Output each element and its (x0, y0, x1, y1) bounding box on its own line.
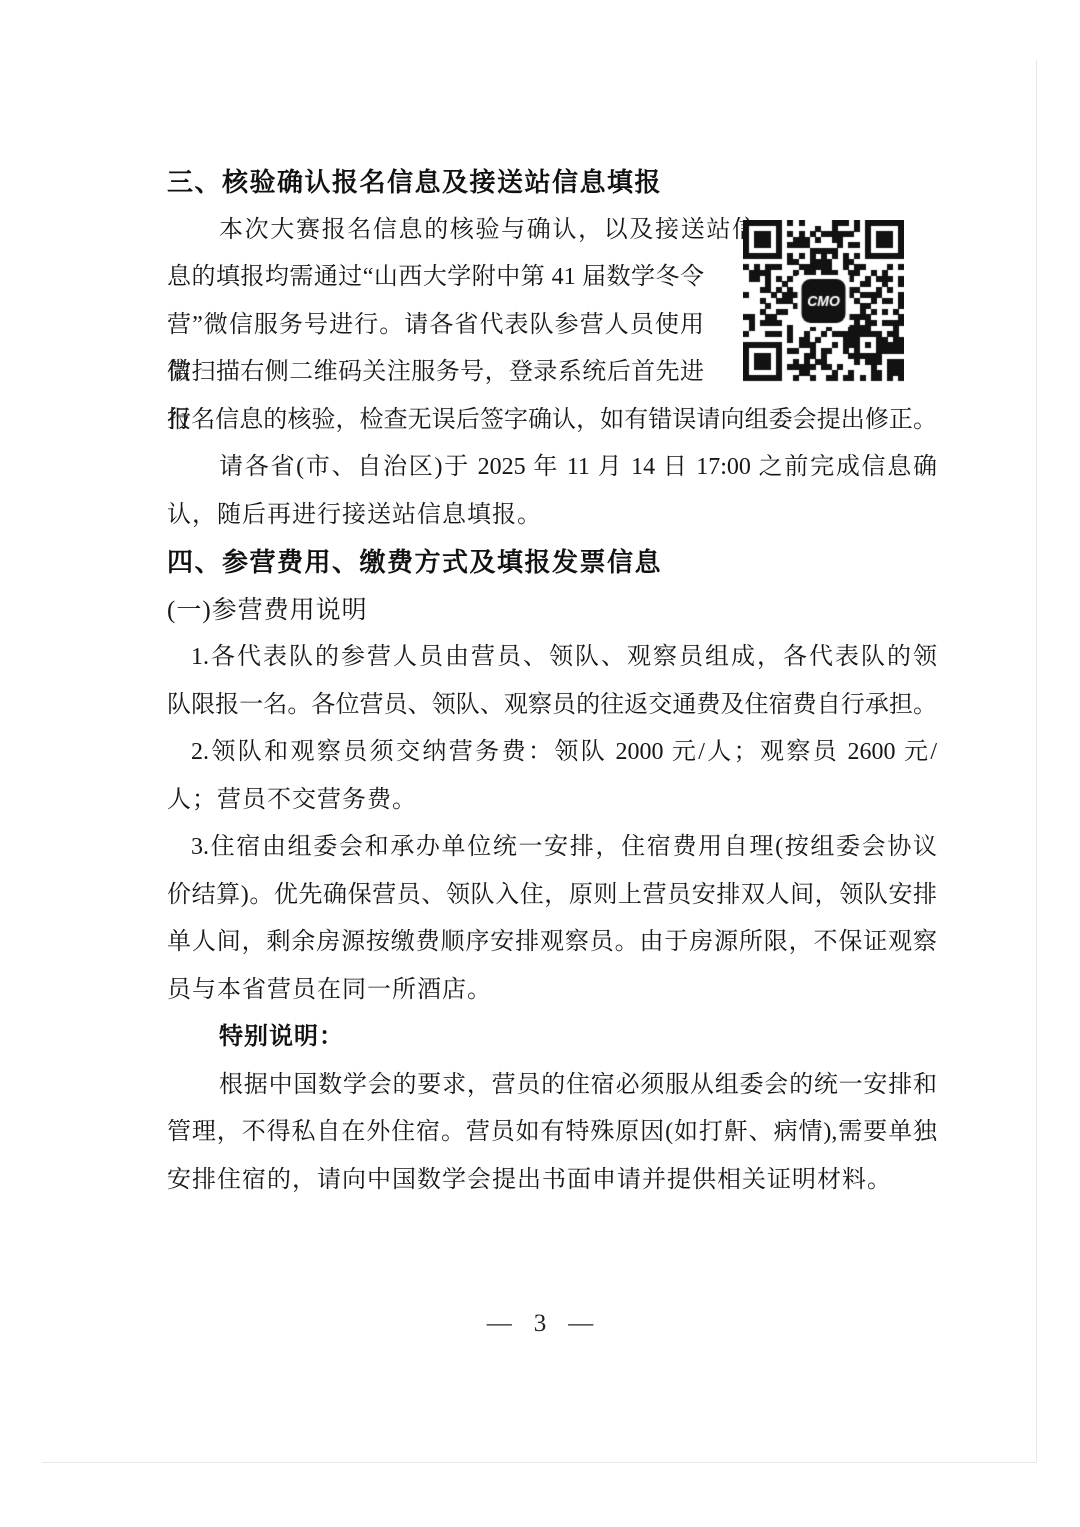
text-line: 单人间，剩余房源按缴费顺序安排观察员。由于房源所限，不保证观察 (167, 919, 937, 967)
text-line: 人；营员不交营务费。 (167, 777, 937, 825)
text-line: 本次大赛报名信息的核验与确认，以及接送站信 (167, 207, 756, 255)
text-line: 信扫描右侧二维码关注服务号，登录系统后首先进行 (167, 349, 704, 397)
footer-right-dash: — (568, 1310, 593, 1337)
footer-left-dash: — (487, 1310, 512, 1337)
section-heading: 四、参营费用、缴费方式及填报发票信息 (167, 539, 937, 587)
text-line: 3.住宿由组委会和承办单位统一安排，住宿费用自理(按组委会协议 (167, 824, 937, 872)
text-line: 息的填报均需通过“山西大学附中第 41 届数学冬令 (167, 254, 704, 302)
document-page: 三、核验确认报名信息及接送站信息填报本次大赛报名信息的核验与确认，以及接送站信息… (0, 0, 1080, 1527)
footer-page-number: 3 (534, 1310, 547, 1337)
text-line: 根据中国数学会的要求，营员的住宿必须服从组委会的统一安排和 (167, 1062, 937, 1110)
text-line: 员与本省营员在同一所酒店。 (167, 967, 937, 1015)
text-line: 请各省(市、自治区)于 2025 年 11 月 14 日 17:00 之前完成信… (167, 444, 937, 492)
text-line: 价结算)。优先确保营员、领队入住，原则上营员安排双人间，领队安排 (167, 872, 937, 920)
qr-code (743, 220, 904, 382)
text-line: 队限报一名。各位营员、领队、观察员的往返交通费及住宿费自行承担。 (167, 682, 937, 730)
text-line: 2.领队和观察员须交纳营务费：领队 2000 元/人；观察员 2600 元/ (167, 729, 937, 777)
page-number-footer: —3— (0, 1310, 1080, 1338)
text-line: 认，随后再进行接送站信息填报。 (167, 492, 937, 540)
section-heading: 三、核验确认报名信息及接送站信息填报 (167, 159, 937, 207)
text-line: 营”微信服务号进行。请各省代表队参营人员使用微 (167, 302, 704, 350)
sub-heading: (一)参营费用说明 (167, 587, 937, 635)
text-line: 1.各代表队的参营人员由营员、领队、观察员组成，各代表队的领 (167, 634, 937, 682)
page-edge-right (1036, 60, 1037, 1463)
text-line: 报名信息的核验，检查无误后签字确认，如有错误请向组委会提出修正。 (167, 397, 937, 445)
text-line: 特别说明： (167, 1014, 937, 1062)
text-line: 管理，不得私自在外住宿。营员如有特殊原因(如打鼾、病情),需要单独 (167, 1109, 937, 1157)
page-edge-bottom (42, 1462, 1037, 1463)
text-line: 安排住宿的，请向中国数学会提出书面申请并提供相关证明材料。 (167, 1157, 937, 1205)
